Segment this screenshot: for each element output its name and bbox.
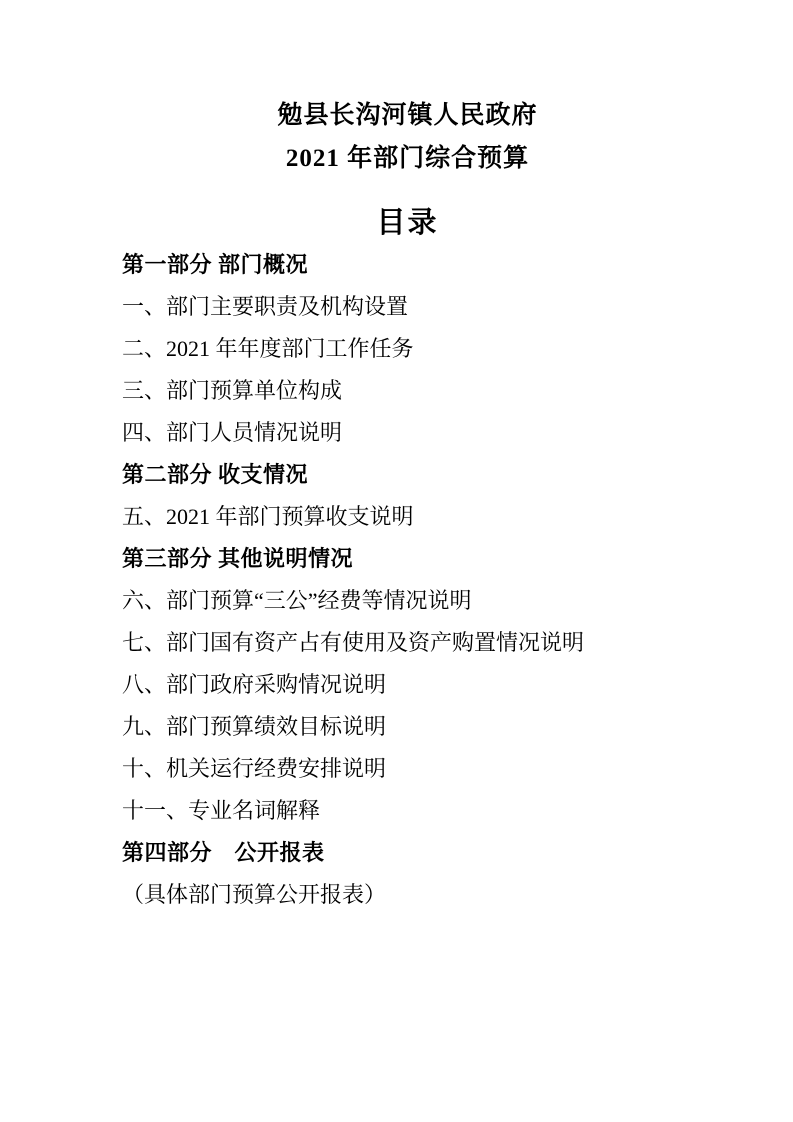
toc-section-heading: 第三部分 其他说明情况 (122, 546, 693, 572)
toc-item: 三、部门预算单位构成 (122, 378, 693, 404)
toc-section-heading: 第二部分 收支情况 (122, 462, 693, 488)
document-page: 勉县长沟河镇人民政府 2021 年部门综合预算 目录 第一部分 部门概况一、部门… (0, 0, 793, 1122)
toc-item: 五、2021 年部门预算收支说明 (122, 504, 693, 530)
toc-item: （具体部门预算公开报表） (122, 882, 693, 908)
toc-item: 十、机关运行经费安排说明 (122, 756, 693, 782)
toc-item: 一、部门主要职责及机构设置 (122, 294, 693, 320)
document-title-line2: 2021 年部门综合预算 (122, 144, 693, 173)
toc-item: 二、2021 年年度部门工作任务 (122, 336, 693, 362)
toc-item: 六、部门预算“三公”经费等情况说明 (122, 588, 693, 614)
toc-item: 四、部门人员情况说明 (122, 420, 693, 446)
toc-item: 十一、专业名词解释 (122, 798, 693, 824)
document-title-line1: 勉县长沟河镇人民政府 (122, 101, 693, 130)
toc-item: 八、部门政府采购情况说明 (122, 672, 693, 698)
toc-item: 七、部门国有资产占有使用及资产购置情况说明 (122, 630, 693, 656)
toc-list: 第一部分 部门概况一、部门主要职责及机构设置二、2021 年年度部门工作任务三、… (122, 252, 693, 908)
toc-item: 九、部门预算绩效目标说明 (122, 714, 693, 740)
toc-section-heading: 第四部分 公开报表 (122, 840, 693, 866)
toc-section-heading: 第一部分 部门概况 (122, 252, 693, 278)
toc-heading: 目录 (122, 207, 693, 240)
